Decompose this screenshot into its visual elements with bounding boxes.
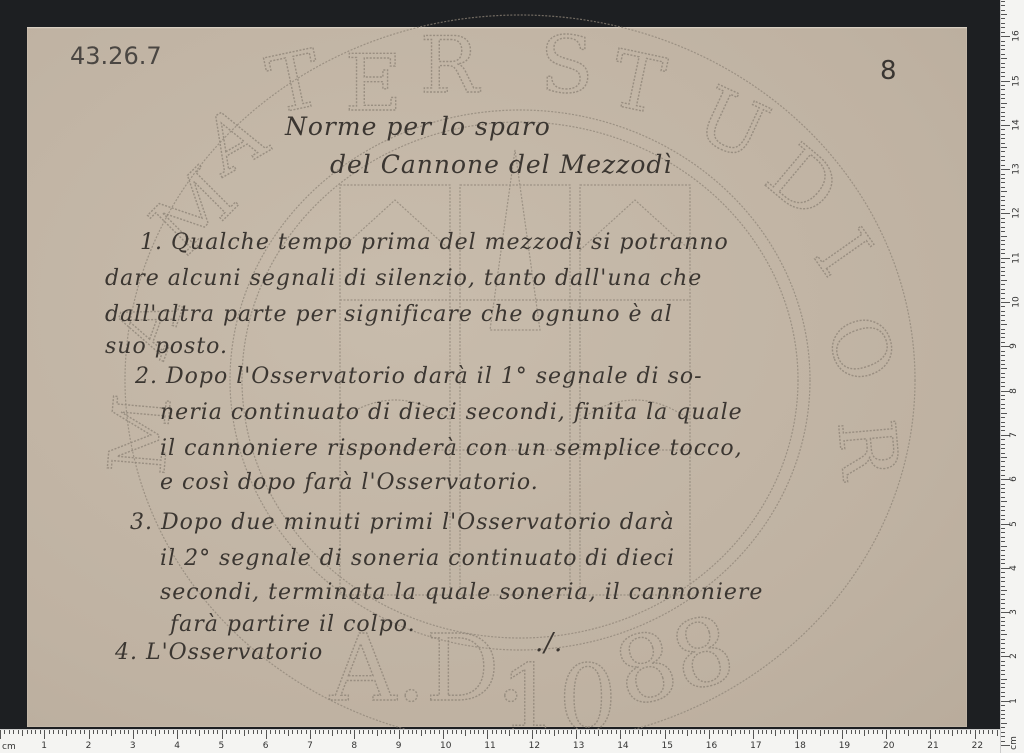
ruler-tick [257,730,258,734]
ruler-tick [1001,546,1007,547]
ruler-tick [1001,41,1005,42]
ruler-tick [492,730,493,734]
ruler-label: 11 [484,741,495,751]
ruler-tick [1001,103,1007,104]
ruler-tick [886,730,887,739]
ruler-tick [1001,484,1005,485]
ruler-tick [961,730,962,734]
ruler-tick [815,730,816,734]
ruler-tick [797,730,798,739]
ruler-tick [1001,373,1005,374]
ruler-tick [1001,129,1005,130]
ruler-tick [731,730,732,736]
text-line-12: farà partire il colpo. [170,612,416,637]
ruler-tick [137,730,138,734]
ruler-label: 14 [617,741,628,751]
ruler-tick [545,730,546,734]
ruler-tick [846,730,847,734]
ruler-tick [696,730,697,734]
ruler-tick [443,730,444,739]
ruler-tick [1001,630,1005,631]
ruler-tick [851,730,852,734]
ruler-tick [1001,528,1005,529]
ruler-tick [1001,63,1005,64]
ruler-tick [1001,519,1005,520]
ruler-tick [461,730,462,734]
ruler-tick [873,730,874,734]
ruler-tick [611,730,612,734]
ruler-tick [549,730,550,734]
ruler-tick [173,730,174,734]
ruler-tick [297,730,298,734]
ruler-tick [948,730,949,734]
ruler-tick [1001,577,1005,578]
ruler-tick [1001,515,1005,516]
ruler-tick [102,730,103,734]
ruler-label: 3 [130,741,136,751]
ruler-tick [44,730,45,739]
text-line-1: 1. Qualche tempo prima del mezzodì si po… [140,230,729,255]
ruler-tick [1001,634,1007,635]
ruler-tick [279,730,280,734]
ruler-tick [1001,324,1007,325]
ruler-tick [9,730,10,734]
document-title-line-1: Norme per lo sparo [285,112,551,141]
ruler-tick [762,730,763,734]
ruler-tick [1001,116,1005,117]
ruler-label: 10 [1012,296,1022,307]
ruler-tick [983,730,984,734]
ruler-tick [0,730,1,739]
ruler-tick [213,730,214,734]
ruler-tick [1001,240,1005,241]
ruler-tick [1001,625,1005,626]
ruler-tick [1001,165,1005,166]
ruler-tick [669,730,670,734]
ruler-tick [1001,315,1005,316]
ruler-tick [124,730,125,734]
ruler-tick [1001,386,1005,387]
ruler-unit-label: cm [2,742,16,752]
ruler-tick [372,730,373,734]
ruler-tick [855,730,856,734]
ruler-tick [1001,342,1005,343]
ruler-tick [13,730,14,734]
ruler-tick [1001,231,1005,232]
ruler-tick [1001,138,1005,139]
ruler-tick [1001,665,1005,666]
ruler-tick [22,730,23,736]
ruler-tick [1001,439,1005,440]
ruler-tick [1001,488,1005,489]
ruler-label: 21 [927,741,938,751]
ruler-tick [820,730,821,736]
ruler-tick [368,730,369,734]
text-line-2: dare alcuni segnali di silenzio, tanto d… [105,266,702,291]
ruler-tick [190,730,191,734]
ruler-tick [1001,466,1005,467]
ruler-tick [935,730,936,734]
ruler-tick [27,730,28,734]
ruler-tick [1001,581,1005,582]
ruler-tick [793,730,794,734]
ruler-tick [1001,550,1005,551]
ruler-tick [1001,54,1005,55]
ruler-tick [558,730,559,734]
ruler-tick [749,730,750,734]
ruler-tick [505,730,506,734]
text-line-7: il cannoniere risponderà con un semplice… [160,436,743,461]
ruler-tick [115,730,116,734]
ruler-tick [1001,244,1005,245]
ruler-tick [1001,284,1005,285]
ruler-tick [75,730,76,734]
ruler-tick [585,730,586,734]
ruler-tick [1001,107,1005,108]
ruler-tick [1001,453,1005,454]
ruler-tick [31,730,32,734]
ruler-tick [992,730,993,734]
ruler-tick [412,730,413,734]
ruler-tick [284,730,285,734]
ruler-tick [576,730,577,739]
ruler-tick [434,730,435,734]
ruler-tick [226,730,227,734]
ruler-tick [594,730,595,734]
ruler-label: 4 [1009,565,1019,571]
ruler-tick [1001,395,1005,396]
text-line-13: 4. L'Osservatorio [115,640,323,665]
ruler-tick [1001,337,1005,338]
document-title-line-2: del Cannone del Mezzodì [330,150,672,179]
ruler-tick [536,730,537,734]
ruler-tick [527,730,528,734]
ruler-tick [501,730,502,734]
ruler-tick [642,730,643,736]
ruler-tick [1001,417,1005,418]
ruler-tick [1001,18,1005,19]
ruler-tick [128,730,129,734]
ruler-tick [518,730,519,734]
ruler-label: 5 [219,741,225,751]
ruler-tick [899,730,900,734]
ruler-tick [771,730,772,734]
ruler-tick [1001,368,1007,369]
ruler-tick [673,730,674,734]
ruler-tick [142,730,143,734]
ruler-tick [1001,112,1005,113]
ruler-tick [979,730,980,734]
ruler-tick [230,730,231,734]
ruler-tick [363,730,364,734]
ruler-tick [35,730,36,734]
ruler-tick [944,730,945,734]
ruler-tick [1001,293,1005,294]
ruler-tick [478,730,479,734]
ruler-tick [1001,714,1005,715]
text-line-4: suo posto. [105,334,228,359]
ruler-tick [1001,36,1010,37]
ruler-tick [1001,49,1005,50]
ruler-tick [709,730,710,739]
ruler-tick [913,730,914,734]
ruler-tick [571,730,572,734]
text-line-3: dall'altra parte per significare che ogn… [105,302,673,327]
ruler-tick [678,730,679,734]
ruler-label: 8 [1009,388,1019,394]
ruler-tick [151,730,152,734]
ruler-label: 10 [440,741,451,751]
ruler-tick [802,730,803,734]
ruler-tick [1001,81,1010,82]
ruler-tick [1001,475,1005,476]
ruler-vertical-cm: cm 12345678910111213141516 [1000,0,1024,753]
ruler-tick [354,730,355,739]
ruler-tick [385,730,386,734]
ruler-tick [1001,1,1005,2]
ruler-tick [1001,156,1005,157]
ruler-tick [177,730,178,739]
ruler-tick [1001,45,1005,46]
ruler-tick [1001,422,1005,423]
ruler-tick [452,730,453,734]
ruler-tick [908,730,909,736]
ruler-tick [159,730,160,734]
ruler-tick [390,730,391,734]
ruler-tick [1001,679,1007,680]
ruler-tick [323,730,324,734]
ruler-tick [270,730,271,734]
ruler-tick [421,730,422,736]
ruler-tick [1001,555,1005,556]
ruler-tick [394,730,395,734]
ruler-tick [244,730,245,736]
ruler-tick [341,730,342,734]
ruler-tick [1001,718,1005,719]
ruler-tick [164,730,165,734]
ruler-tick [1001,510,1005,511]
ruler-tick [168,730,169,734]
ruler-tick [1001,23,1005,24]
ruler-tick [921,730,922,734]
ruler-tick [408,730,409,734]
ruler-tick [1001,444,1005,445]
ruler-tick [1001,205,1005,206]
ruler-tick [1001,298,1005,299]
ruler-tick [1001,572,1005,573]
ruler-tick [328,730,329,734]
ruler-tick [1001,253,1005,254]
ruler-tick [1001,426,1005,427]
ruler-tick [1001,736,1005,737]
ruler-tick [58,730,59,734]
ruler-tick [859,730,860,734]
ruler-tick [833,730,834,734]
ruler-tick [1001,191,1007,192]
ruler-tick [811,730,812,734]
ruler-tick [1001,382,1005,383]
ruler-tick [332,730,333,736]
ruler-tick [1001,209,1005,210]
ruler-tick [208,730,209,734]
ruler-tick [430,730,431,734]
ruler-tick [1001,608,1005,609]
text-line-11: secondi, terminata la quale soneria, il … [160,580,763,605]
ruler-tick [1001,355,1005,356]
ruler-tick [1001,732,1005,733]
ruler-tick [1001,275,1005,276]
ruler-tick [80,730,81,734]
ruler-tick [718,730,719,734]
ruler-tick [607,730,608,734]
ruler-label: 7 [1009,432,1019,438]
ruler-tick [625,730,626,734]
ruler-label: 20 [883,741,894,751]
ruler-tick [1001,430,1005,431]
ruler-tick [288,730,289,736]
ruler-tick [306,730,307,734]
text-line-10: il 2° segnale di soneria continuato di d… [160,546,675,571]
ruler-tick [687,730,688,736]
ruler-tick [146,730,147,734]
ruler-tick [1001,461,1005,462]
ruler-tick [474,730,475,734]
ruler-tick [926,730,927,734]
ruler-tick [1001,147,1007,148]
ruler-tick [1001,72,1005,73]
ruler-tick [266,730,267,739]
ruler-tick [1001,14,1007,15]
ruler-tick [722,730,723,734]
ruler-tick [882,730,883,734]
ruler-tick [1001,258,1010,259]
ruler-label: 9 [1009,343,1019,349]
ruler-label: 17 [750,741,761,751]
ruler-tick [199,730,200,736]
ruler-tick [1001,311,1005,312]
ruler-tick [1001,364,1005,365]
ruler-tick [1001,200,1005,201]
text-line-5: 2. Dopo l'Osservatorio darà il 1° segnal… [135,364,703,389]
ruler-horizontal-cm: cm 12345678910111213141516171819202122 [0,729,1000,753]
ruler-tick [1001,687,1005,688]
ruler-tick [53,730,54,734]
ruler-tick [93,730,94,734]
ruler-label: 3 [1009,609,1019,615]
ruler-tick [682,730,683,734]
ruler-tick [1001,143,1005,144]
ruler-tick [84,730,85,734]
ruler-tick [496,730,497,734]
ruler-tick [1001,599,1005,600]
ruler-tick [235,730,236,734]
ruler-tick [1001,67,1005,68]
ruler-tick [665,730,666,739]
ruler-label: 12 [1012,208,1022,219]
ruler-tick [470,730,471,734]
ruler-tick [789,730,790,734]
ruler-tick [1001,182,1005,183]
ruler-tick [775,730,776,736]
ruler-tick [1001,532,1005,533]
ruler-label: 6 [263,741,269,751]
ruler-tick [416,730,417,734]
ruler-tick [602,730,603,734]
ruler-tick [1001,134,1005,135]
ruler-tick [514,730,515,734]
ruler-tick [1001,705,1005,706]
ruler-tick [439,730,440,734]
ruler-tick [580,730,581,734]
ruler-tick [319,730,320,734]
ruler-tick [483,730,484,734]
ruler-tick [1001,727,1005,728]
ruler-tick [1001,594,1005,595]
ruler-tick [1001,32,1005,33]
ruler-tick [1001,501,1007,502]
ruler-tick [204,730,205,734]
ruler-tick [660,730,661,734]
ruler-tick [1001,76,1005,77]
ruler-tick [1001,249,1005,250]
ruler-label: 1 [1009,698,1019,704]
ruler-tick [1001,617,1005,618]
ruler-tick [239,730,240,734]
ruler-tick [638,730,639,734]
ruler-tick [864,730,865,736]
ruler-tick [1001,329,1005,330]
ruler-tick [1001,178,1005,179]
ruler-label: 22 [972,741,983,751]
ruler-tick [1001,302,1010,303]
ruler-label: 19 [839,741,850,751]
ruler-label: 5 [1009,521,1019,527]
ruler-tick [837,730,838,734]
ruler-tick [616,730,617,734]
ruler-tick [917,730,918,734]
ruler-label: 13 [573,741,584,751]
ruler-tick [71,730,72,734]
ruler-label: 16 [706,741,717,751]
ruler-tick [1001,745,1010,746]
ruler-tick [1001,603,1005,604]
ruler-tick [700,730,701,734]
ruler-tick [532,730,533,739]
ruler-tick [1001,492,1005,493]
ruler-tick [1001,377,1005,378]
ruler-tick [1001,320,1005,321]
ruler-tick [1001,227,1005,228]
ruler-label: 9 [396,741,402,751]
ruler-tick [988,730,989,734]
ruler-tick [1001,710,1005,711]
ruler-tick [1001,497,1005,498]
ruler-tick [1001,10,1005,11]
ruler-tick [939,730,940,734]
ruler-label: 15 [1012,75,1022,86]
ruler-tick [253,730,254,734]
ruler-tick [780,730,781,734]
ruler-tick [656,730,657,734]
ruler-tick [447,730,448,734]
ruler-tick [647,730,648,734]
ruler-tick [155,730,156,736]
ruler-tick [554,730,555,736]
ruler-tick [456,730,457,734]
ruler-tick [1001,213,1010,214]
ruler-tick [1001,160,1005,161]
ruler-tick [753,730,754,739]
